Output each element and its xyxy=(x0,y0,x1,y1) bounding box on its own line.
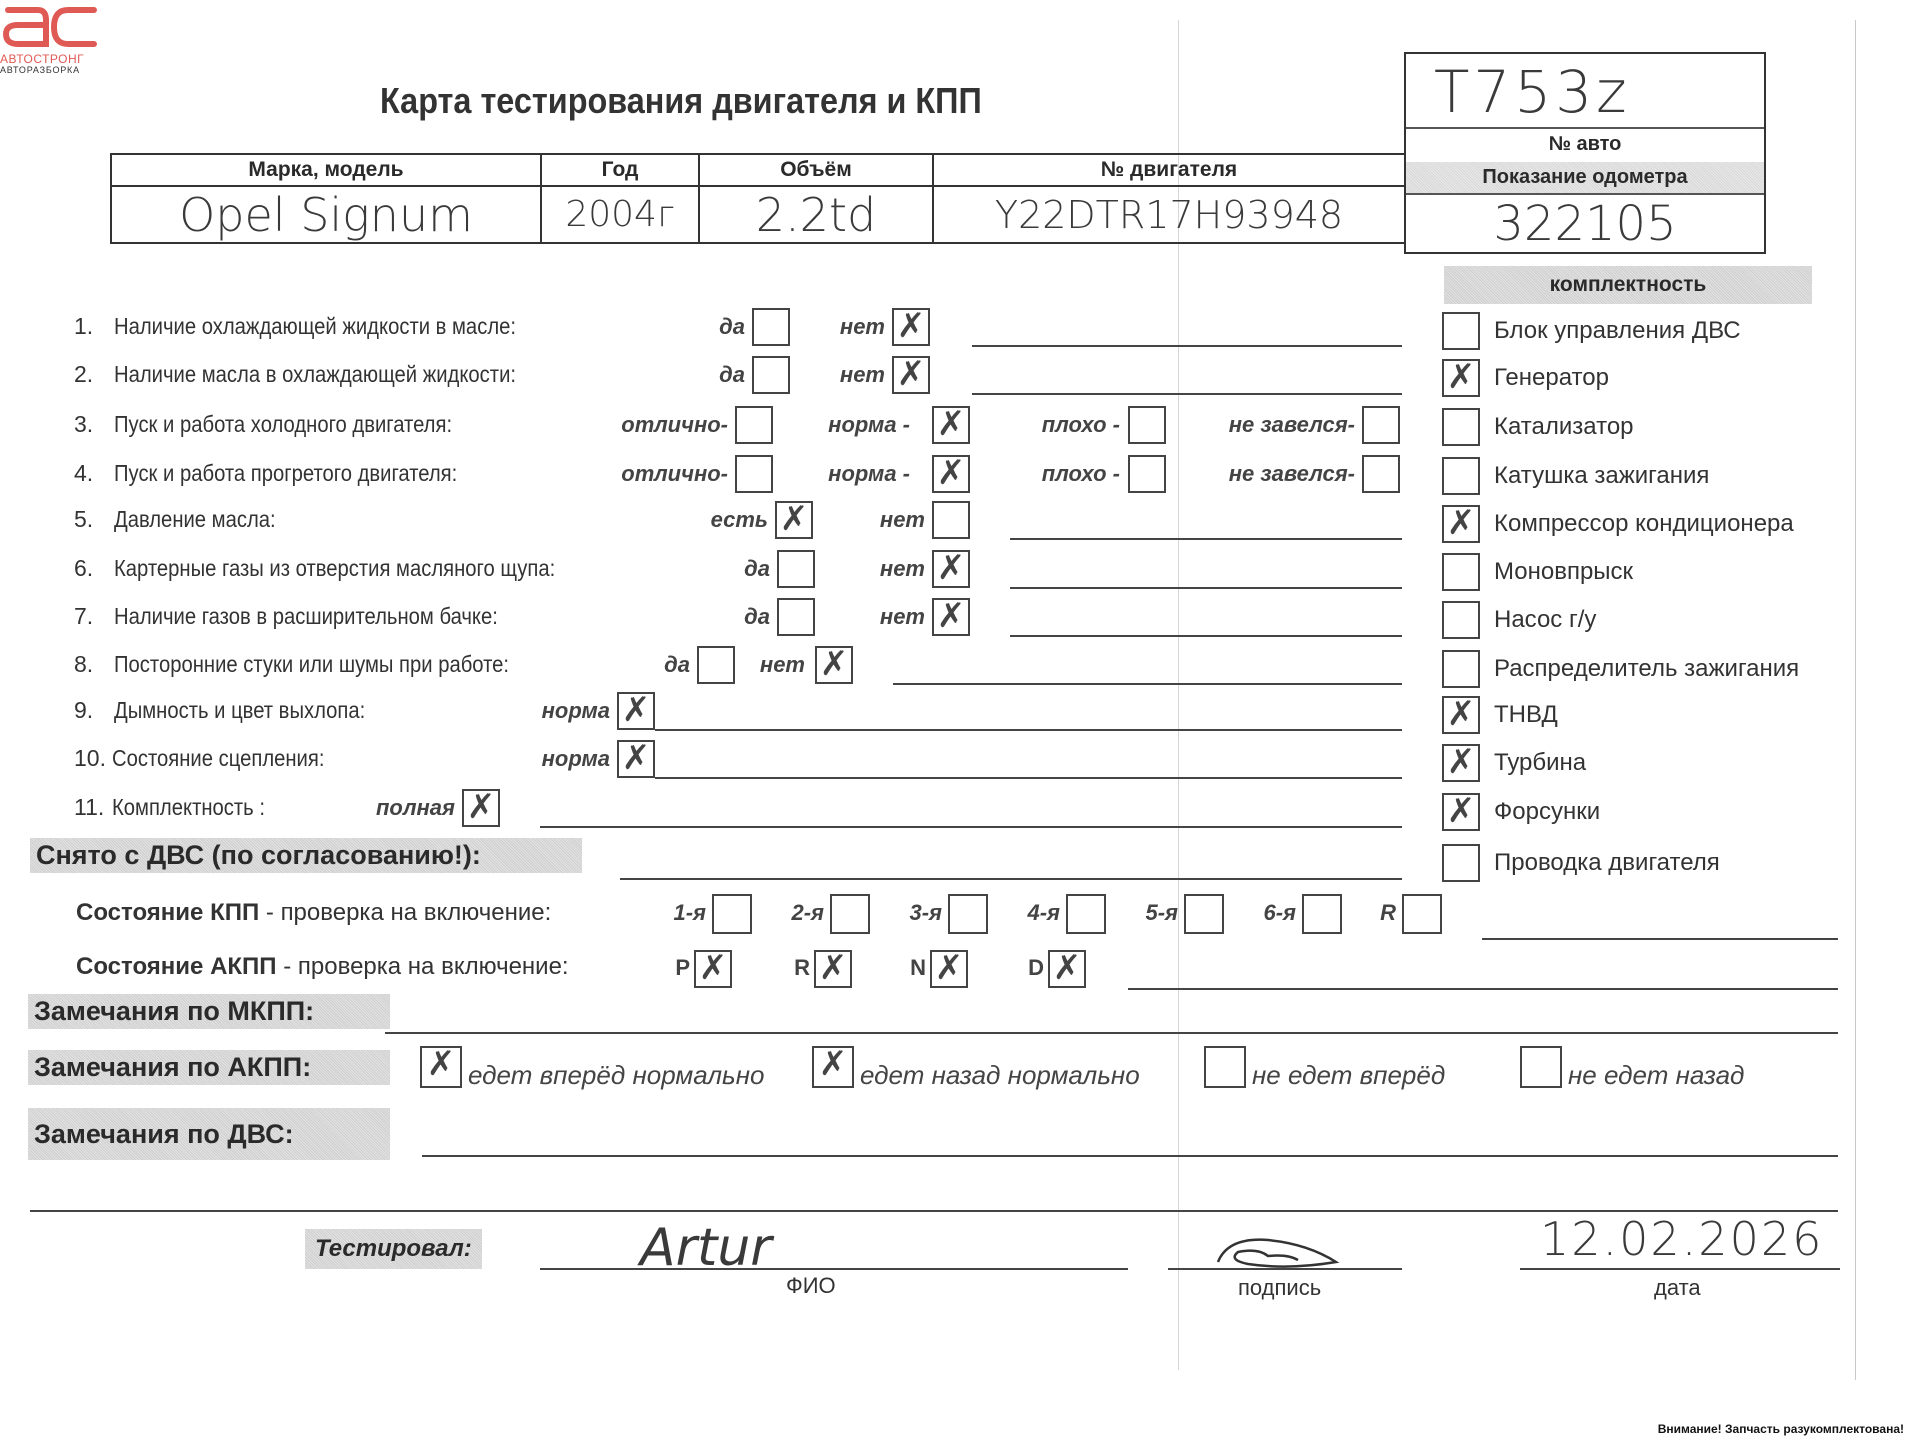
question-number: 2. xyxy=(74,361,93,388)
completeness-checkbox[interactable]: ✗ xyxy=(1442,696,1480,734)
completeness-checkbox[interactable] xyxy=(1442,408,1480,446)
question-number: 6. xyxy=(74,555,93,582)
option-label: нет xyxy=(880,604,925,630)
completeness-item-label: Катушка зажигания xyxy=(1494,462,1709,490)
option-checkbox[interactable]: ✗ xyxy=(462,789,500,827)
option-checkbox[interactable] xyxy=(932,501,970,539)
akpp-gear-label: P xyxy=(675,955,690,981)
question-notes-line[interactable] xyxy=(655,777,1402,779)
test-date-value[interactable]: 12.02.2026 xyxy=(1540,1212,1823,1266)
option-label: да xyxy=(664,652,690,678)
kpp-gear-checkbox[interactable] xyxy=(948,894,988,934)
completeness-item-label: Моновпрыск xyxy=(1494,558,1633,586)
option-checkbox[interactable] xyxy=(777,598,815,636)
option-label: нет xyxy=(760,652,805,678)
akpp-remark-checkbox[interactable]: ✗ xyxy=(812,1046,854,1088)
option-label: норма xyxy=(542,746,610,772)
logo-brand: АВТОСТРОНГ xyxy=(0,52,84,66)
completeness-item-label: Форсунки xyxy=(1494,798,1600,826)
option-checkbox[interactable] xyxy=(735,406,773,444)
completeness-item-label: Насос г/у xyxy=(1494,606,1596,634)
remarks-dvs-header: Замечания по ДВС: xyxy=(28,1108,390,1160)
question-text: Наличие охлаждающей жидкости в масле: xyxy=(114,313,516,340)
question-notes-line[interactable] xyxy=(1010,635,1402,637)
option-label: плохо - xyxy=(1042,412,1120,438)
option-checkbox[interactable] xyxy=(697,646,735,684)
header-year: Год xyxy=(541,154,699,186)
kpp-gear-checkbox[interactable] xyxy=(712,894,752,934)
option-checkbox[interactable]: ✗ xyxy=(932,550,970,588)
option-checkbox[interactable] xyxy=(1128,406,1166,444)
page-title: Карта тестирования двигателя и КПП xyxy=(380,80,982,122)
question-text: Картерные газы из отверстия масляного щу… xyxy=(114,555,555,582)
header-engine-number: № двигателя xyxy=(933,154,1405,186)
scan-edge-line xyxy=(1855,20,1856,1380)
car-info-box: T753z № авто Показание одометра 322105 xyxy=(1404,52,1766,254)
option-label: нет xyxy=(840,362,885,388)
question-number: 5. xyxy=(74,506,93,533)
question-text: Дымность и цвет выхлопа: xyxy=(114,697,365,724)
question-text: Пуск и работа прогретого двигателя: xyxy=(114,460,457,487)
autostrong-logo-icon xyxy=(2,0,98,50)
question-number: 1. xyxy=(74,313,93,340)
value-engine-number[interactable]: Y22DTR17H93948 xyxy=(933,186,1405,243)
option-checkbox[interactable]: ✗ xyxy=(815,646,853,684)
akpp-remark-checkbox[interactable] xyxy=(1520,1046,1562,1088)
option-label: отлично- xyxy=(621,412,728,438)
value-volume[interactable]: 2.2td xyxy=(699,186,933,243)
question-text: Состояние сцепления: xyxy=(112,745,324,772)
signature-line[interactable] xyxy=(1168,1268,1402,1270)
question-number: 8. xyxy=(74,651,93,678)
footer-warning: Внимание! Запчасть разукомплектована! xyxy=(1658,1422,1904,1436)
value-year[interactable]: 2004г xyxy=(541,186,699,243)
akpp-remark-label: не едет вперёд xyxy=(1252,1060,1445,1091)
question-notes-line[interactable] xyxy=(1010,587,1402,589)
header-volume: Объём xyxy=(699,154,933,186)
option-checkbox[interactable]: ✗ xyxy=(892,308,930,346)
completeness-checkbox[interactable] xyxy=(1442,601,1480,639)
akpp-gear-checkbox[interactable]: ✗ xyxy=(930,950,968,988)
completeness-checkbox[interactable] xyxy=(1442,650,1480,688)
question-text: Посторонние стуки или шумы при работе: xyxy=(114,651,509,678)
completeness-item-label: Катализатор xyxy=(1494,413,1634,441)
option-label: норма - xyxy=(828,461,910,487)
date-line[interactable] xyxy=(1520,1268,1840,1270)
option-checkbox[interactable]: ✗ xyxy=(775,501,813,539)
akpp-label: Состояние АКПП - проверка на включение: xyxy=(76,953,569,981)
option-checkbox[interactable] xyxy=(777,550,815,588)
kpp-gear-label: 4-я xyxy=(1027,900,1060,926)
completeness-item-label: Турбина xyxy=(1494,749,1586,777)
option-checkbox[interactable]: ✗ xyxy=(932,598,970,636)
option-label: полная xyxy=(376,795,455,821)
question-notes-line[interactable] xyxy=(1010,538,1402,540)
kpp-gear-label: 5-я xyxy=(1145,900,1178,926)
kpp-gear-label: 6-я xyxy=(1263,900,1296,926)
question-notes-line[interactable] xyxy=(893,683,1402,685)
option-label: норма - xyxy=(828,412,910,438)
completeness-checkbox[interactable]: ✗ xyxy=(1442,793,1480,831)
kpp-gear-checkbox[interactable] xyxy=(830,894,870,934)
option-checkbox[interactable] xyxy=(1362,406,1400,444)
odometer-value[interactable]: 322105 xyxy=(1406,193,1764,252)
option-checkbox[interactable]: ✗ xyxy=(932,406,970,444)
completeness-item-label: Генератор xyxy=(1494,364,1609,392)
option-label: нет xyxy=(880,507,925,533)
option-checkbox[interactable] xyxy=(752,356,790,394)
completeness-item-label: Компрессор кондиционера xyxy=(1494,510,1794,538)
akpp-gear-checkbox[interactable]: ✗ xyxy=(814,950,852,988)
question-text: Наличие масла в охлаждающей жидкости: xyxy=(114,361,516,388)
option-checkbox[interactable] xyxy=(1362,455,1400,493)
vehicle-info-table: Марка, модель Год Объём № двигателя Opel… xyxy=(110,153,1406,244)
question-text: Давление масла: xyxy=(114,506,276,533)
option-checkbox[interactable] xyxy=(752,308,790,346)
kpp-label: Состояние КПП - проверка на включение: xyxy=(76,899,551,927)
question-number: 9. xyxy=(74,697,93,724)
kpp-gear-checkbox[interactable] xyxy=(1066,894,1106,934)
akpp-remark-label: едет вперёд нормально xyxy=(468,1060,764,1091)
completeness-checkbox[interactable]: ✗ xyxy=(1442,505,1480,543)
completeness-header: комплектность xyxy=(1444,266,1812,304)
akpp-gear-checkbox[interactable]: ✗ xyxy=(1048,950,1086,988)
kpp-gear-label: 3-я xyxy=(909,900,942,926)
akpp-notes-line[interactable] xyxy=(1128,988,1838,990)
question-number: 7. xyxy=(74,603,93,630)
removed-header: Снято с ДВС (по согласованию!): xyxy=(30,838,582,873)
completeness-checkbox[interactable] xyxy=(1442,553,1480,591)
name-caption: ФИО xyxy=(786,1273,836,1299)
option-label: отлично- xyxy=(621,461,728,487)
option-checkbox[interactable]: ✗ xyxy=(617,692,655,730)
completeness-checkbox[interactable]: ✗ xyxy=(1442,359,1480,397)
car-number-cell[interactable]: T753z xyxy=(1406,54,1764,129)
akpp-gear-label: D xyxy=(1028,955,1044,981)
completeness-item-label: Блок управления ДВС xyxy=(1494,317,1741,345)
question-text: Комплектность : xyxy=(112,794,265,821)
option-label: не завелся- xyxy=(1229,412,1355,438)
logo-subtitle: АВТОРАЗБОРКА xyxy=(0,65,80,75)
akpp-remark-checkbox[interactable] xyxy=(1204,1046,1246,1088)
remarks-dvs-line[interactable] xyxy=(422,1155,1838,1157)
question-notes-line[interactable] xyxy=(655,729,1402,731)
date-caption: дата xyxy=(1654,1275,1701,1301)
akpp-gear-label: N xyxy=(910,955,926,981)
option-label: нет xyxy=(840,314,885,340)
option-label: да xyxy=(744,604,770,630)
option-checkbox[interactable] xyxy=(735,455,773,493)
option-label: да xyxy=(744,556,770,582)
completeness-item-label: Проводка двигателя xyxy=(1494,849,1720,877)
question-number: 3. xyxy=(74,411,93,438)
signature-caption: подпись xyxy=(1238,1275,1321,1301)
kpp-gear-label: 2-я xyxy=(791,900,824,926)
completeness-checkbox[interactable] xyxy=(1442,457,1480,495)
question-notes-line[interactable] xyxy=(972,345,1402,347)
option-label: да xyxy=(719,362,745,388)
question-notes-line[interactable] xyxy=(540,826,1402,828)
question-notes-line[interactable] xyxy=(972,393,1402,395)
akpp-remark-label: едет назад нормально xyxy=(860,1060,1140,1091)
odometer-label: Показание одометра xyxy=(1406,162,1764,195)
completeness-checkbox[interactable] xyxy=(1442,312,1480,350)
akpp-gear-checkbox[interactable]: ✗ xyxy=(694,950,732,988)
remarks-akpp-header: Замечания по АКПП: xyxy=(28,1050,390,1085)
tester-name-line[interactable] xyxy=(540,1268,1128,1270)
question-number: 4. xyxy=(74,460,93,487)
option-label: нет xyxy=(880,556,925,582)
question-number: 10. xyxy=(74,745,106,772)
completeness-checkbox[interactable]: ✗ xyxy=(1442,744,1480,782)
remarks-mkpp-line[interactable] xyxy=(385,1032,1838,1034)
removed-input-line[interactable] xyxy=(620,878,1402,880)
car-number-value: T753z xyxy=(1434,58,1631,126)
car-number-label: № авто xyxy=(1406,127,1764,164)
option-checkbox[interactable] xyxy=(1128,455,1166,493)
kpp-gear-checkbox[interactable] xyxy=(1402,894,1442,934)
kpp-gear-label: R xyxy=(1380,900,1396,926)
kpp-notes-line[interactable] xyxy=(1482,938,1838,940)
akpp-remark-label: не едет назад xyxy=(1568,1060,1744,1091)
akpp-gear-label: R xyxy=(794,955,810,981)
completeness-item-label: Распределитель зажигания xyxy=(1494,655,1799,683)
option-label: норма xyxy=(542,698,610,724)
remarks-mkpp-header: Замечания по МКПП: xyxy=(28,994,390,1029)
option-checkbox[interactable]: ✗ xyxy=(932,455,970,493)
option-label: есть xyxy=(711,507,768,533)
completeness-item-label: ТНВД xyxy=(1494,701,1558,729)
signature-icon xyxy=(1208,1232,1348,1272)
completeness-checkbox[interactable] xyxy=(1442,844,1480,882)
question-text: Наличие газов в расширительном бачке: xyxy=(114,603,498,630)
kpp-gear-checkbox[interactable] xyxy=(1184,894,1224,934)
option-label: да xyxy=(719,314,745,340)
tested-by-label: Тестировал: xyxy=(305,1229,482,1269)
option-label: не завелся- xyxy=(1229,461,1355,487)
option-checkbox[interactable]: ✗ xyxy=(617,740,655,778)
question-text: Пуск и работа холодного двигателя: xyxy=(114,411,452,438)
header-make-model: Марка, модель xyxy=(111,154,541,186)
kpp-gear-checkbox[interactable] xyxy=(1302,894,1342,934)
kpp-gear-label: 1-я xyxy=(673,900,706,926)
question-number: 11. xyxy=(74,794,104,821)
akpp-remark-checkbox[interactable]: ✗ xyxy=(420,1046,462,1088)
option-checkbox[interactable]: ✗ xyxy=(892,356,930,394)
value-make-model[interactable]: Opel Signum xyxy=(111,186,541,243)
option-label: плохо - xyxy=(1042,461,1120,487)
